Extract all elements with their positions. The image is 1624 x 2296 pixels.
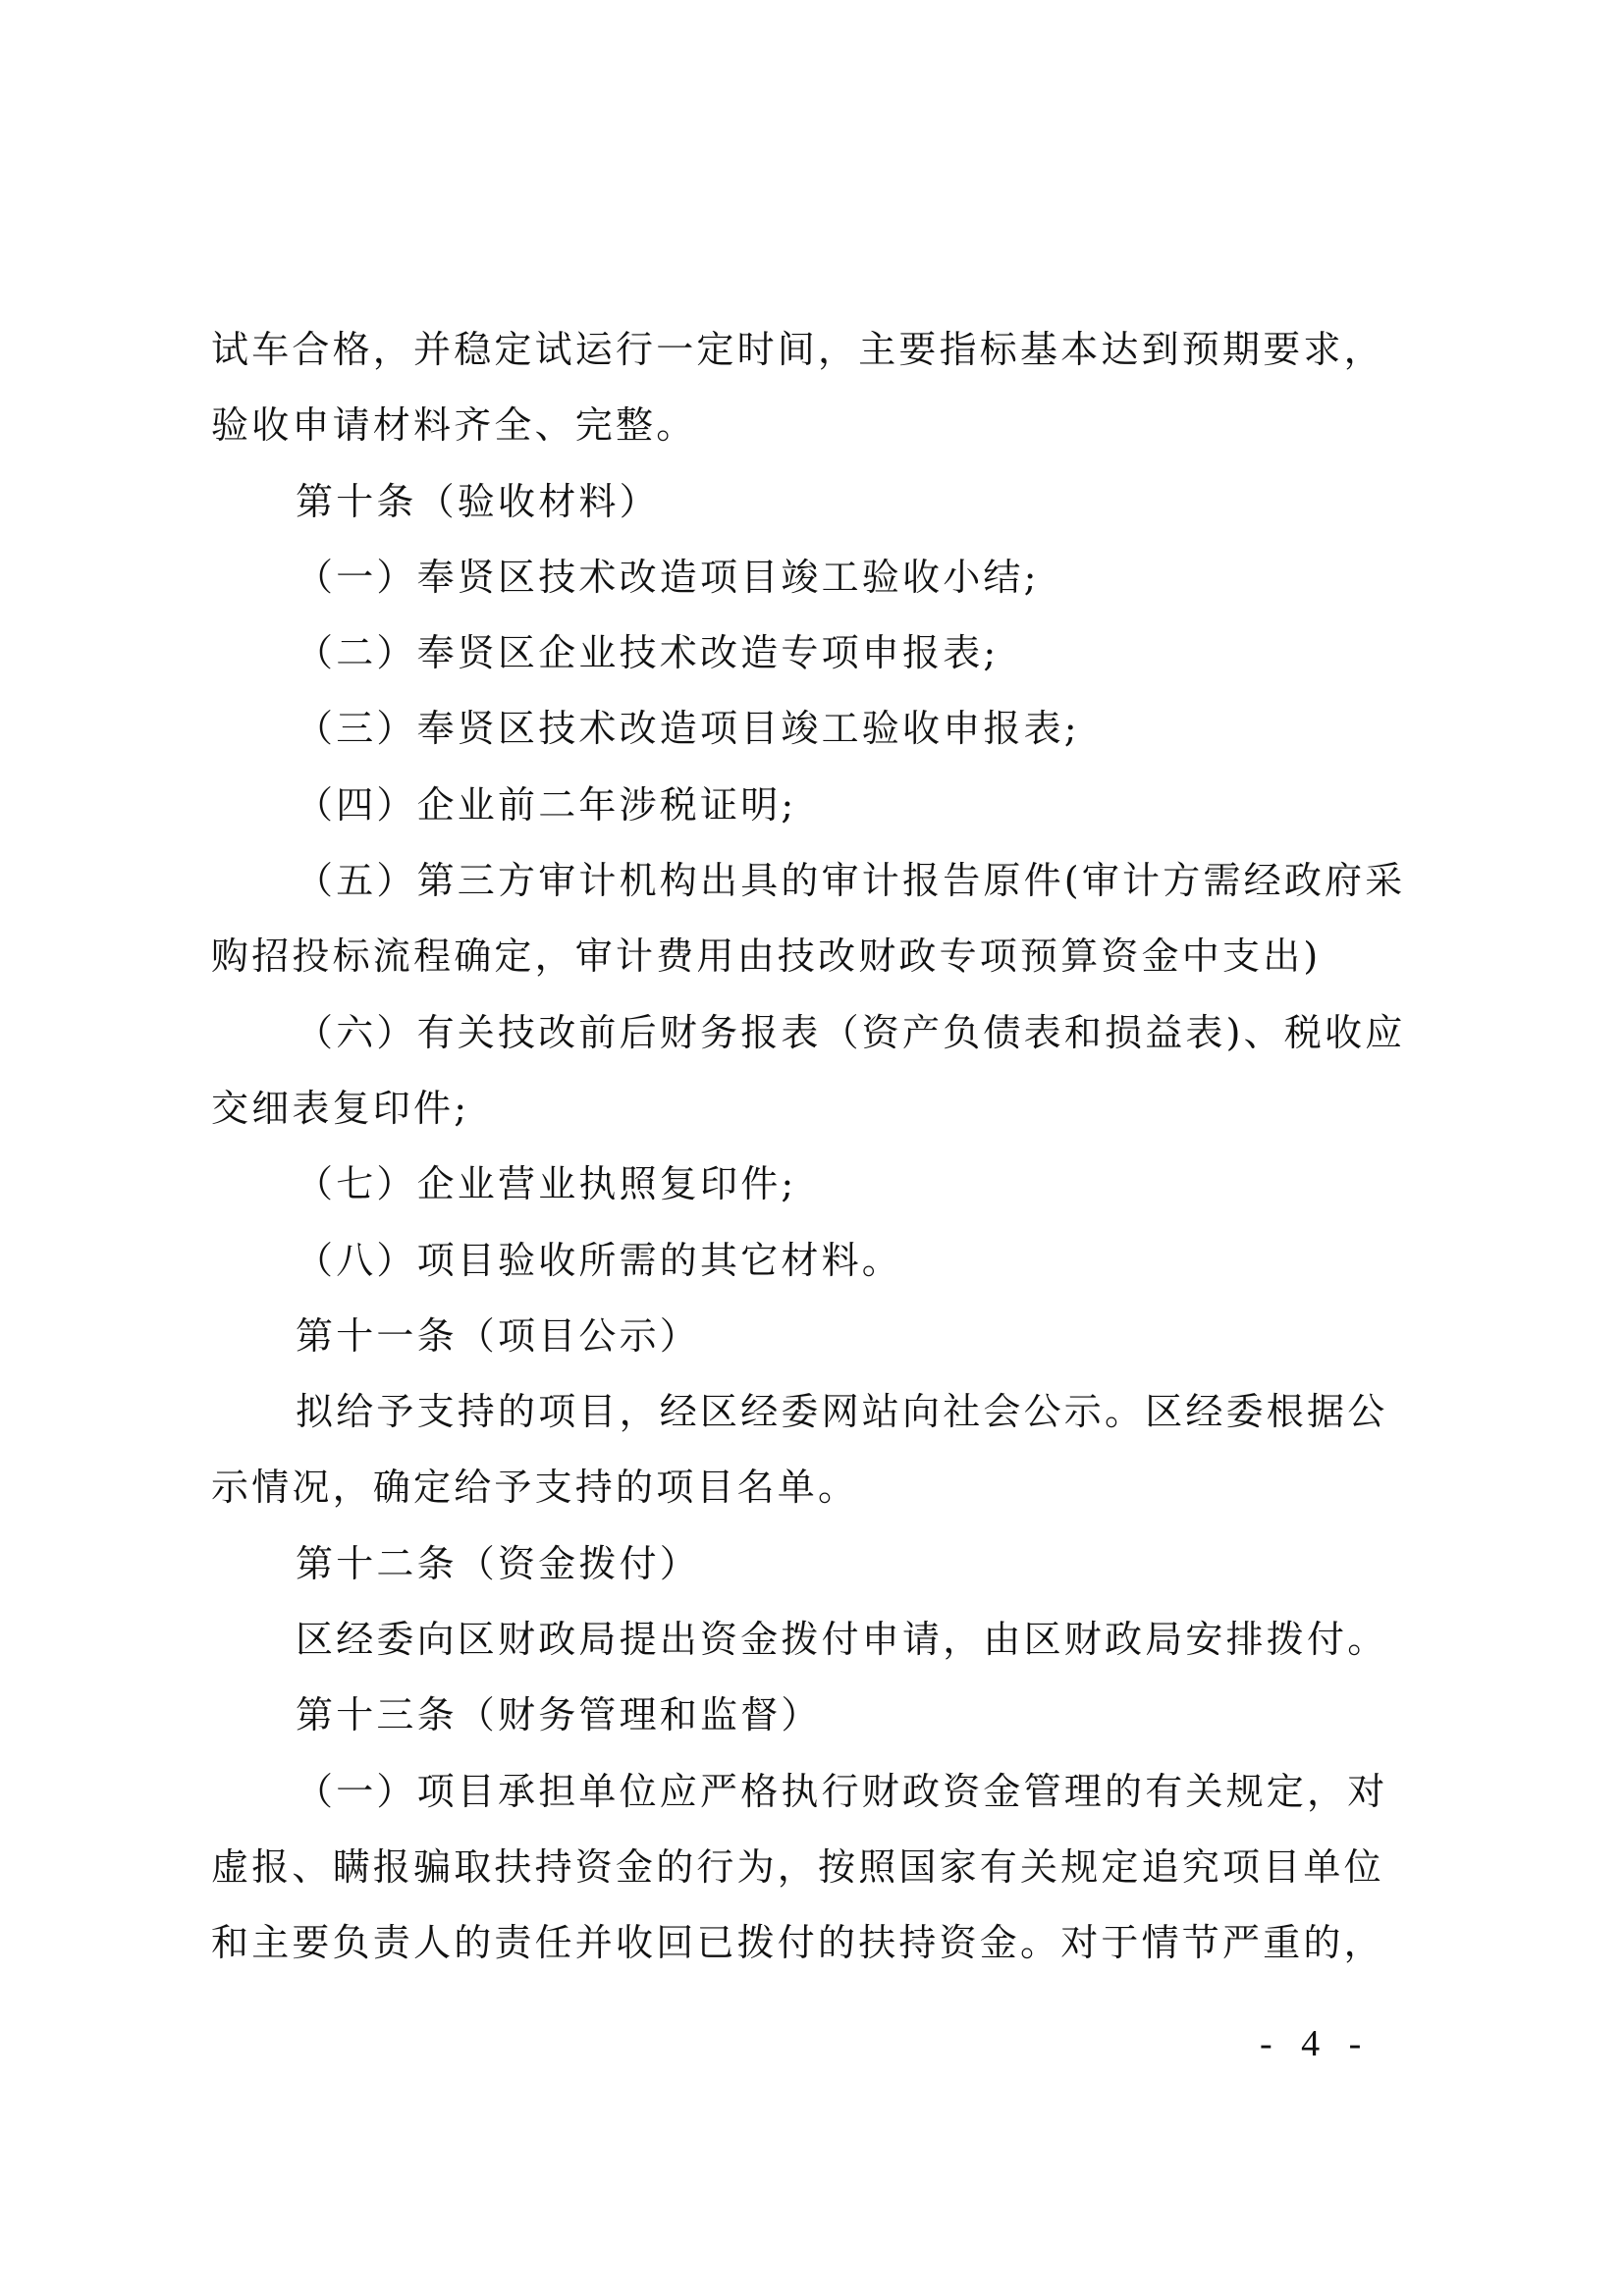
list-item-continuation: 交细表复印件; xyxy=(211,1071,1429,1147)
article-heading-11: 第十一条（项目公示） xyxy=(211,1299,1429,1374)
article-heading-13: 第十三条（财务管理和监督） xyxy=(211,1678,1429,1753)
list-item: （八）项目验收所需的其它材料。 xyxy=(211,1223,1429,1299)
article-heading-10: 第十条（验收材料） xyxy=(211,464,1429,540)
paragraph-line: 试车合格，并稳定试运行一定时间，主要指标基本达到预期要求， xyxy=(211,312,1429,388)
list-item: （一）项目承担单位应严格执行财政资金管理的有关规定，对 xyxy=(211,1754,1429,1830)
list-item: （五）第三方审计机构出具的审计报告原件(审计方需经政府采 xyxy=(211,843,1429,919)
list-item-continuation: 虚报、瞒报骗取扶持资金的行为，按照国家有关规定追究项目单位 xyxy=(211,1830,1429,1905)
paragraph-line: 示情况，确定给予支持的项目名单。 xyxy=(211,1450,1429,1525)
list-item-continuation: 购招投标流程确定，审计费用由技改财政专项预算资金中支出) xyxy=(211,919,1429,994)
paragraph-line: 区经委向区财政局提出资金拨付申请，由区财政局安排拨付。 xyxy=(211,1602,1429,1678)
page-number: - 4 - xyxy=(1260,2022,1371,2065)
paragraph-line: 验收申请材料齐全、完整。 xyxy=(211,388,1429,463)
list-item-continuation: 和主要负责人的责任并收回已拨付的扶持资金。对于情节严重的， xyxy=(211,1905,1429,1981)
list-item: （一）奉贤区技术改造项目竣工验收小结; xyxy=(211,540,1429,615)
list-item: （六）有关技改前后财务报表（资产负债表和损益表)、税收应 xyxy=(211,995,1429,1071)
paragraph-line: 拟给予支持的项目，经区经委网站向社会公示。区经委根据公 xyxy=(211,1374,1429,1450)
list-item: （三）奉贤区技术改造项目竣工验收申报表; xyxy=(211,691,1429,767)
article-heading-12: 第十二条（资金拨付） xyxy=(211,1526,1429,1602)
list-item: （七）企业营业执照复印件; xyxy=(211,1147,1429,1222)
document-body: 试车合格，并稳定试运行一定时间，主要指标基本达到预期要求， 验收申请材料齐全、完… xyxy=(211,312,1429,1982)
list-item: （四）企业前二年涉税证明; xyxy=(211,768,1429,843)
list-item: （二）奉贤区企业技术改造专项申报表; xyxy=(211,615,1429,691)
document-page: 试车合格，并稳定试运行一定时间，主要指标基本达到预期要求， 验收申请材料齐全、完… xyxy=(0,0,1624,2296)
